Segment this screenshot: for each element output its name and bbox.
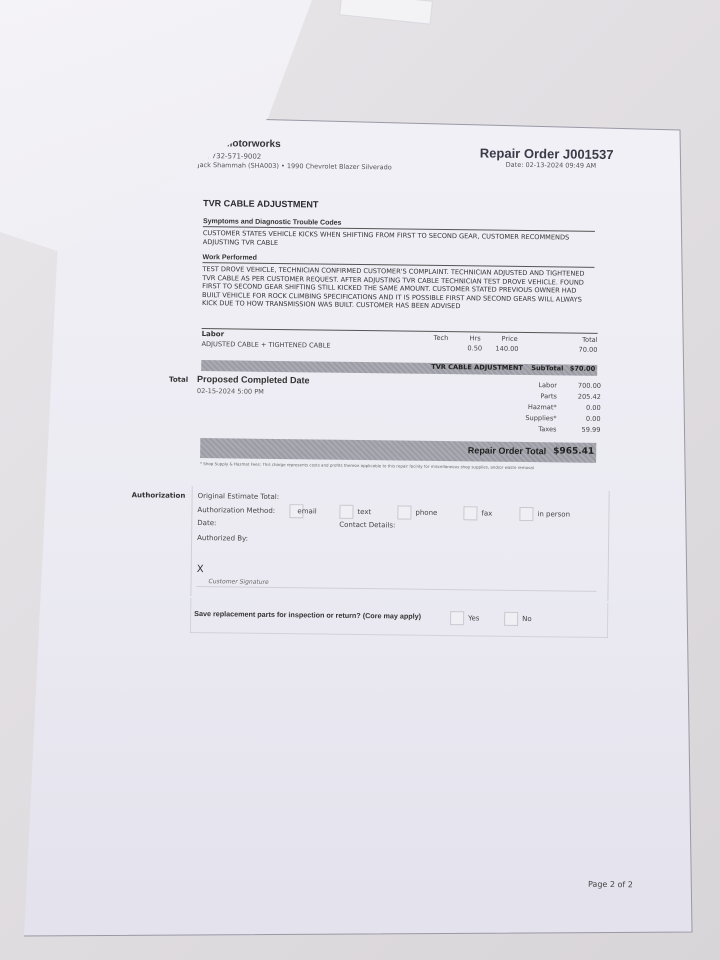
- page-number: Page 2 of 2: [588, 880, 633, 890]
- job-title: TVR CABLE ADJUSTMENT: [203, 198, 318, 210]
- method-in-person-label: in person: [537, 510, 570, 519]
- tape-strip: [339, 0, 433, 25]
- subtotal-value: $70.00: [570, 366, 596, 374]
- col-hrs: Hrs: [470, 335, 481, 343]
- method-in-person-checkbox[interactable]: [519, 507, 533, 521]
- parts-yes-checkbox[interactable]: [450, 611, 464, 625]
- totals-label: Taxes: [538, 426, 556, 434]
- authorization-method-label: Authorization Method:: [197, 506, 275, 515]
- method-phone-checkbox[interactable]: [397, 505, 411, 519]
- parts-no-label: No: [522, 615, 532, 624]
- totals-label: Supplies*: [525, 415, 556, 423]
- method-text-label: text: [357, 508, 371, 517]
- labor-price: 140.00: [495, 346, 518, 354]
- labor-description: ADJUSTED CABLE + TIGHTENED CABLE: [201, 341, 330, 350]
- col-total: Total: [582, 337, 598, 345]
- totals-value: 59.99: [582, 427, 601, 435]
- totals-value: 205.42: [578, 394, 601, 402]
- proposed-date-heading: Proposed Completed Date: [197, 374, 310, 386]
- original-estimate-label: Original Estimate Total:: [198, 492, 280, 501]
- signature-mark: X: [197, 564, 204, 576]
- authorized-by-label: Authorized By:: [197, 534, 248, 543]
- repair-order-date: Date: 02-13-2024 09:49 AM: [506, 162, 597, 171]
- grand-total-label: Repair Order Total: [468, 445, 546, 457]
- labor-heading: Labor: [202, 330, 225, 339]
- total-section-label: Total: [169, 376, 188, 385]
- method-phone-label: phone: [415, 509, 437, 518]
- parts-yes-label: Yes: [468, 614, 479, 623]
- work-performed-text: TEST DROVE VEHICLE, TECHNICIAN CONFIRMED…: [202, 265, 594, 313]
- totals-label: Hazmat*: [528, 404, 557, 412]
- totals-value: 0.00: [586, 416, 601, 424]
- method-text-checkbox[interactable]: [339, 505, 353, 519]
- method-fax-label: fax: [481, 509, 492, 518]
- proposed-date-value: 02-15-2024 5:00 PM: [197, 388, 264, 397]
- labor-total: 70.00: [578, 347, 597, 355]
- grand-total-value: $965.41: [553, 446, 594, 457]
- contact-details-label: Contact Details:: [339, 521, 395, 530]
- col-tech: Tech: [434, 335, 449, 343]
- labor-hrs: 0.50: [467, 345, 482, 353]
- repair-order-title: Repair Order J001537: [480, 145, 614, 162]
- totals-value: 0.00: [586, 405, 601, 413]
- method-email-label: email: [297, 507, 316, 516]
- col-price: Price: [502, 336, 518, 344]
- subtotal-label: SubTotal: [531, 365, 563, 373]
- parts-no-checkbox[interactable]: [504, 612, 518, 626]
- totals-value: 700.00: [578, 383, 601, 391]
- signature-caption: Customer Signature: [209, 578, 269, 586]
- totals-label: Parts: [540, 393, 557, 401]
- method-fax-checkbox[interactable]: [463, 506, 477, 520]
- subtotal-job-name: TVR CABLE ADJUSTMENT: [431, 364, 523, 373]
- authorization-section-label: Authorization: [132, 491, 186, 500]
- totals-label: Labor: [538, 382, 557, 390]
- authorization-date-label: Date:: [197, 519, 216, 528]
